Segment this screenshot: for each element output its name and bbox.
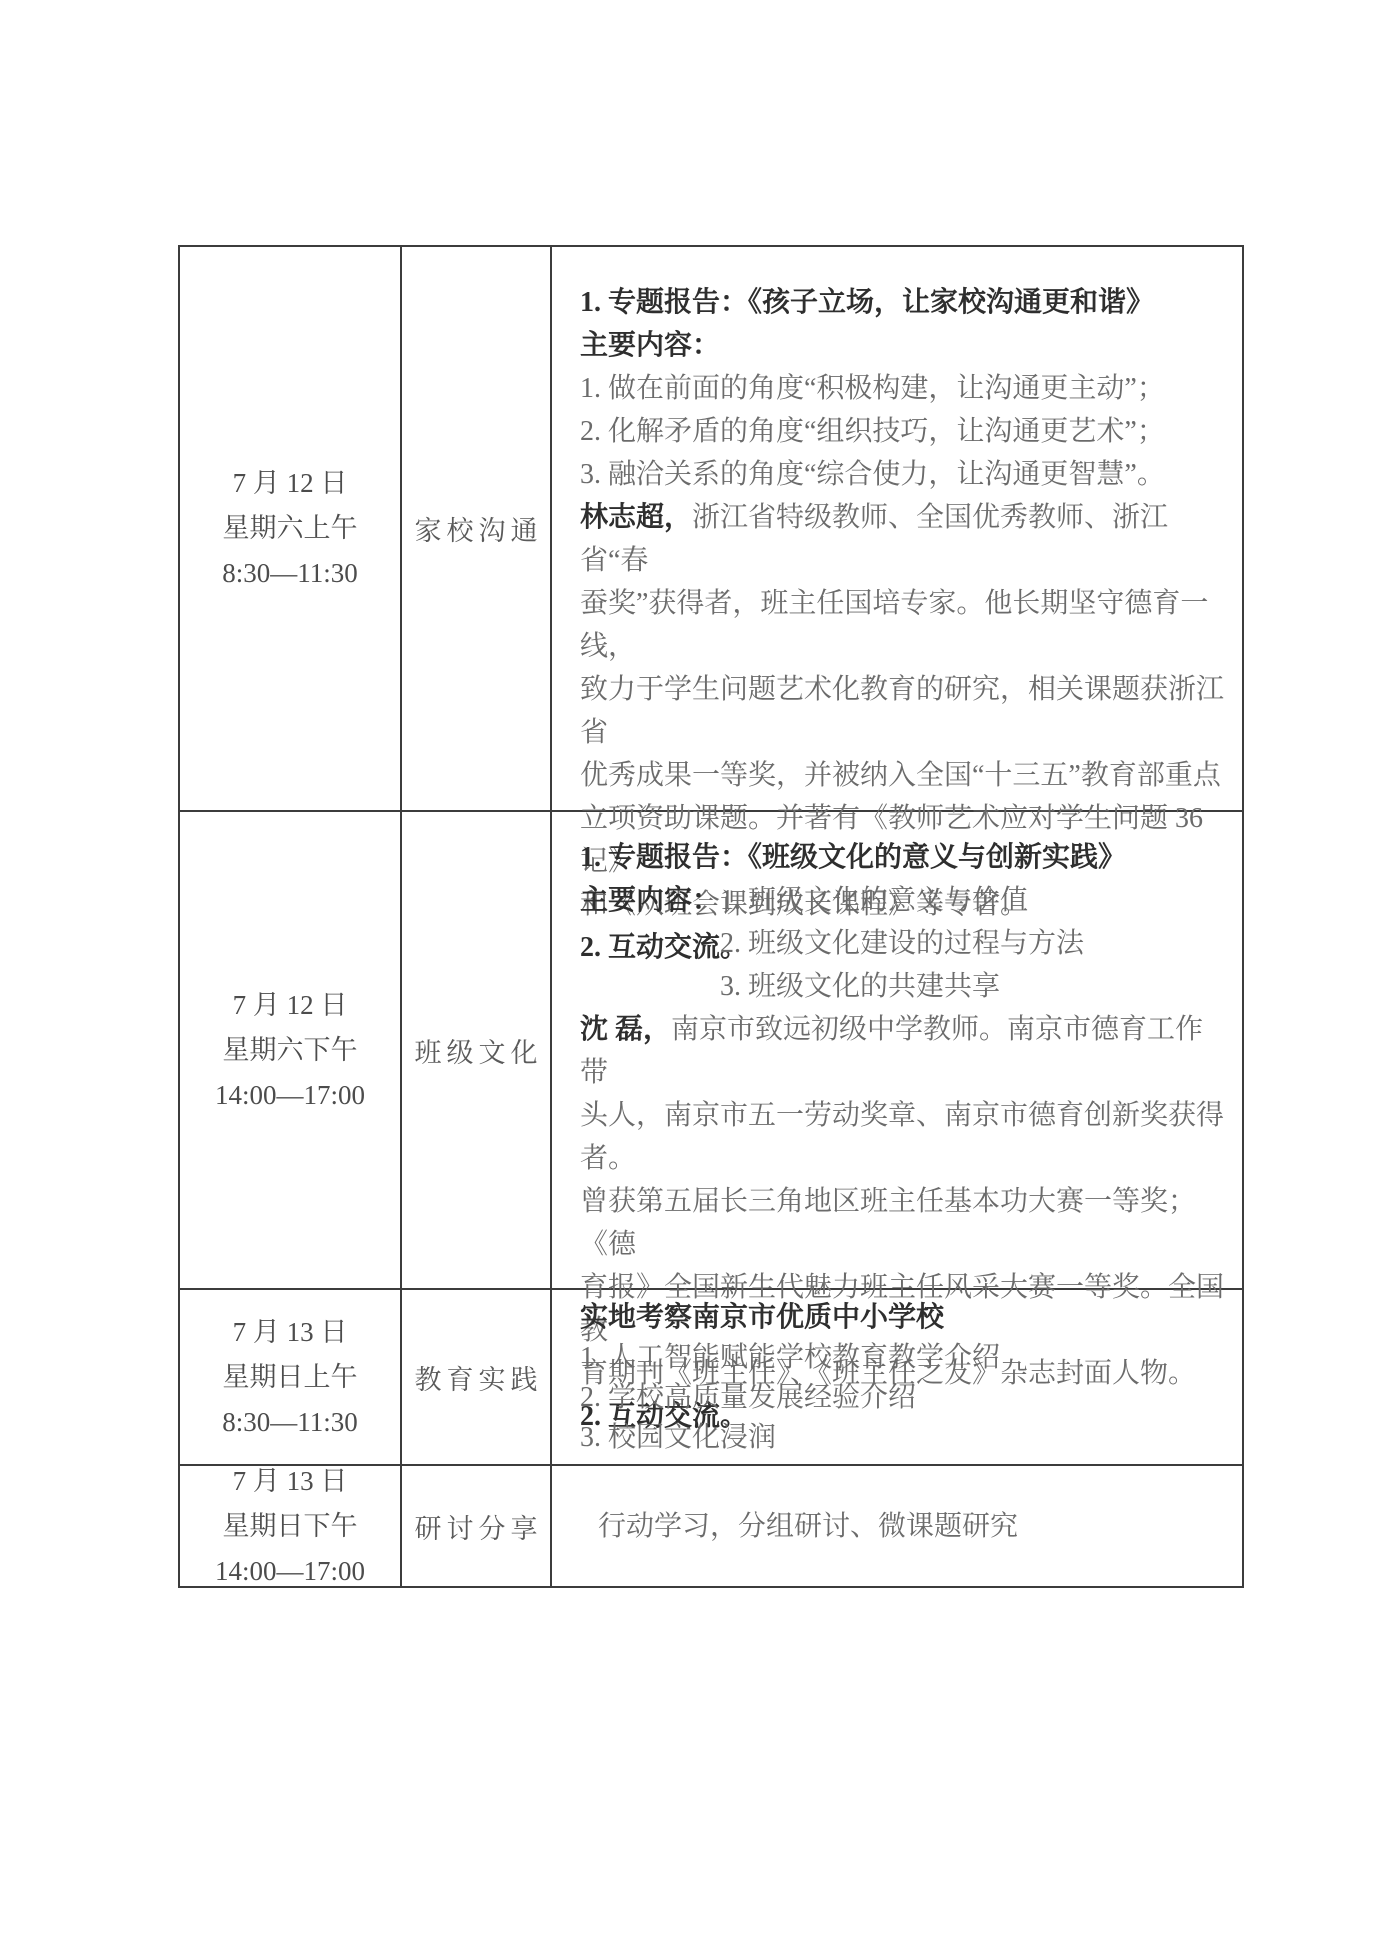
theme-cell: 家校沟通	[402, 247, 552, 810]
content-line: 3. 校园文化浸润	[580, 1418, 1230, 1458]
time-range-text: 8:30—11:30	[222, 1400, 358, 1445]
time-cell: 7 月 13 日 星期日下午 14:00—17:00	[180, 1466, 402, 1586]
content-line: 主要内容：	[580, 324, 1230, 367]
content-cell: 1. 专题报告：《班级文化的意义与创新实践》主要内容：1. 班级文化的意义与价值…	[552, 812, 1242, 1288]
theme-label: 班级文化	[410, 1031, 543, 1070]
content-cell: 1. 专题报告：《孩子立场，让家校沟通更和谐》主要内容：1. 做在前面的角度“积…	[552, 247, 1242, 810]
content-line: 优秀成果一等奖，并被纳入全国“十三五”教育部重点	[580, 754, 1230, 797]
content-cell: 行动学习，分组研讨、微课题研究	[552, 1466, 1242, 1586]
theme-cell: 研讨分享	[402, 1466, 552, 1586]
table-row: 7 月 13 日 星期日下午 14:00—17:00 研讨分享 行动学习，分组研…	[180, 1464, 1242, 1586]
weekday-text: 星期日上午	[223, 1355, 358, 1400]
table-row: 7 月 13 日 星期日上午 8:30—11:30 教育实践 实地考察南京市优质…	[180, 1288, 1242, 1464]
content-line: 3. 班级文化的共建共享	[580, 965, 1230, 1008]
content-line: 1. 人工智能赋能学校教育教学介绍	[580, 1338, 1230, 1378]
time-cell: 7 月 12 日 星期六上午 8:30—11:30	[180, 247, 402, 810]
weekday-text: 星期日下午	[223, 1504, 358, 1549]
content-line: 头人，南京市五一劳动奖章、南京市德育创新奖获得者。	[580, 1094, 1230, 1180]
table-row: 7 月 12 日 星期六下午 14:00—17:00 班级文化 1. 专题报告：…	[180, 810, 1242, 1288]
theme-label: 研讨分享	[410, 1507, 543, 1546]
content-line: 1. 专题报告：《孩子立场，让家校沟通更和谐》	[580, 281, 1230, 324]
date-text: 7 月 13 日	[233, 1459, 348, 1504]
content-line: 3. 融洽关系的角度“综合使力，让沟通更智慧”。	[580, 453, 1230, 496]
theme-cell: 教育实践	[402, 1290, 552, 1464]
content-line: 致力于学生问题艺术化教育的研究，相关课题获浙江省	[580, 668, 1230, 754]
date-text: 7 月 12 日	[233, 461, 348, 506]
content-line: 1. 专题报告：《班级文化的意义与创新实践》	[580, 836, 1230, 879]
theme-label: 家校沟通	[410, 509, 543, 548]
content-line: 2. 班级文化建设的过程与方法	[580, 922, 1230, 965]
time-range-text: 14:00—17:00	[215, 1073, 365, 1118]
weekday-text: 星期六下午	[223, 1028, 358, 1073]
time-range-text: 14:00—17:00	[215, 1549, 365, 1594]
content-line: 林志超，浙江省特级教师、全国优秀教师、浙江省“春	[580, 496, 1230, 582]
schedule-table: 7 月 12 日 星期六上午 8:30—11:30 家校沟通 1. 专题报告：《…	[178, 245, 1244, 1588]
time-range-text: 8:30—11:30	[222, 551, 358, 596]
content-line: 实地考察南京市优质中小学校	[580, 1298, 1230, 1338]
content-line: 主要内容：1. 班级文化的意义与价值	[580, 879, 1230, 922]
content-line: 2. 学校高质量发展经验介绍	[580, 1378, 1230, 1418]
time-cell: 7 月 13 日 星期日上午 8:30—11:30	[180, 1290, 402, 1464]
content-line: 行动学习，分组研讨、微课题研究	[580, 1505, 1018, 1548]
content-cell: 实地考察南京市优质中小学校1. 人工智能赋能学校教育教学介绍2. 学校高质量发展…	[552, 1290, 1242, 1464]
content-line: 1. 做在前面的角度“积极构建，让沟通更主动”；	[580, 367, 1230, 410]
content-line: 蚕奖”获得者，班主任国培专家。他长期坚守德育一线，	[580, 582, 1230, 668]
date-text: 7 月 13 日	[233, 1310, 348, 1355]
content-line: 2. 化解矛盾的角度“组织技巧，让沟通更艺术”；	[580, 410, 1230, 453]
time-cell: 7 月 12 日 星期六下午 14:00—17:00	[180, 812, 402, 1288]
content-line: 曾获第五届长三角地区班主任基本功大赛一等奖；《德	[580, 1180, 1230, 1266]
table-row: 7 月 12 日 星期六上午 8:30—11:30 家校沟通 1. 专题报告：《…	[180, 247, 1242, 810]
date-text: 7 月 12 日	[233, 983, 348, 1028]
content-line: 沈 磊，南京市致远初级中学教师。南京市德育工作带	[580, 1008, 1230, 1094]
theme-cell: 班级文化	[402, 812, 552, 1288]
theme-label: 教育实践	[410, 1358, 543, 1397]
weekday-text: 星期六上午	[223, 506, 358, 551]
